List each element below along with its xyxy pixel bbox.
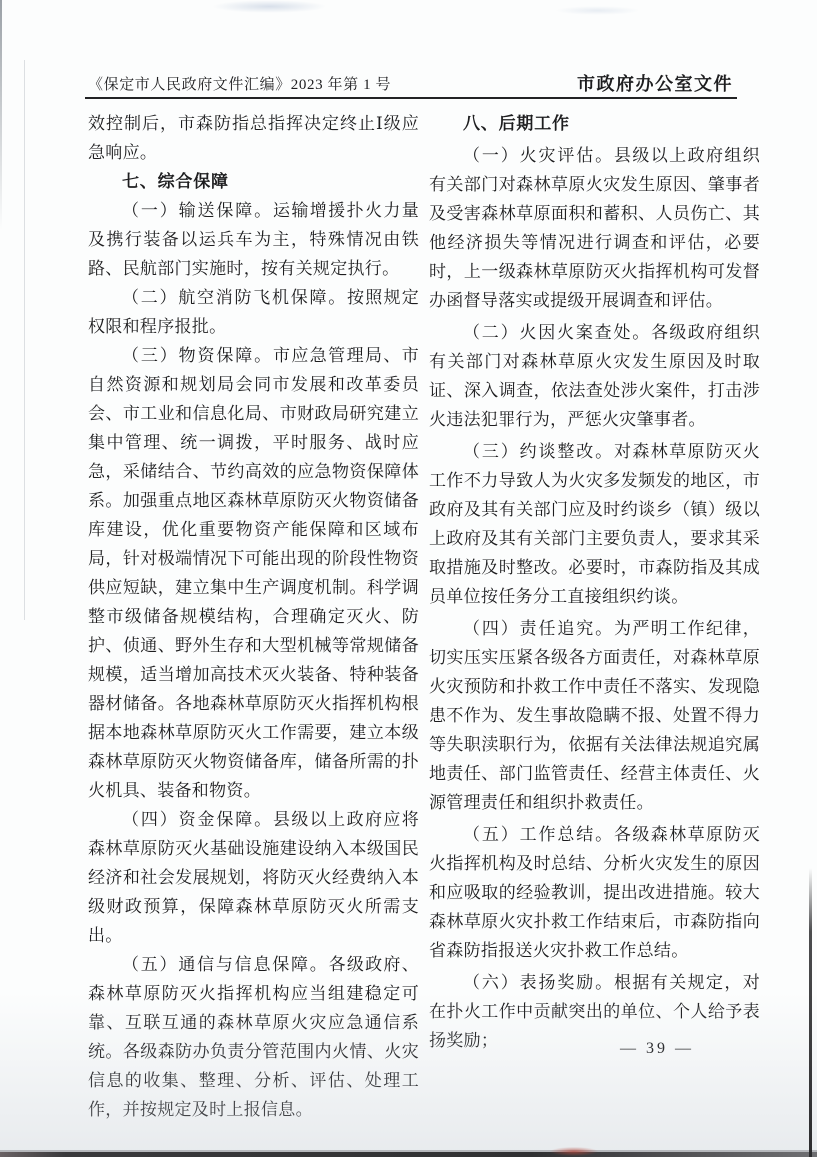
item-title: （一）输送保障。	[122, 201, 273, 220]
paragraph: （三）约谈整改。对森林草原防灭火工作不力导致人为火灾多发频发的地区，市政府及其有…	[429, 437, 760, 611]
header-left-title: 《保定市人民政府文件汇编》2023 年第 1 号	[88, 73, 391, 94]
item-title: （二）火因火案查处。	[463, 323, 651, 342]
scan-artifact-top-smudge	[555, 6, 640, 15]
page-number: — 39 —	[620, 1040, 694, 1058]
paragraph: （二）火因火案查处。各级政府组织有关部门对森林草原火灾发生原因及时取证、深入调查…	[429, 318, 760, 434]
item-title: （三）约谈整改。	[463, 442, 614, 461]
item-title: （五）通信与信息保障。	[122, 955, 329, 974]
item-title: （五）工作总结。	[463, 825, 614, 844]
scan-artifact-left-line	[24, 60, 25, 620]
scan-artifact-right-edge	[809, 868, 812, 1157]
item-title: （四）资金保障。	[122, 810, 273, 829]
item-title: （四）责任追究。	[463, 619, 614, 638]
header-right-title: 市政府办公室文件	[577, 70, 733, 96]
item-title: （六）表扬奖励。	[463, 973, 614, 992]
text-column-left: 效控制后，市森防指总指挥决定终止Ⅰ级应急响应。七、综合保障（一）输送保障。运输增…	[88, 109, 419, 1124]
scan-artifact-bottom-edge	[0, 1150, 817, 1152]
scan-artifact-bottom-edge	[0, 1152, 817, 1157]
paragraph: （一）火灾评估。县级以上政府组织有关部门对森林草原火灾发生原因、肇事者及受害森林…	[429, 141, 760, 315]
scan-artifact-red-mark	[550, 1147, 598, 1156]
paragraph: （一）输送保障。运输增援扑火力量及携行装备以运兵车为主，特殊情况由铁路、民航部门…	[88, 196, 419, 283]
paragraph: （二）航空消防飞机保障。按照规定权限和程序报批。	[88, 283, 419, 341]
scan-artifact-left-edge	[0, 0, 2, 230]
section-heading: 八、后期工作	[429, 109, 760, 138]
document-page: 《保定市人民政府文件汇编》2023 年第 1 号 市政府办公室文件 效控制后，市…	[0, 0, 817, 1157]
paragraph: 效控制后，市森防指总指挥决定终止Ⅰ级应急响应。	[88, 109, 419, 167]
item-title: （一）火灾评估。	[463, 146, 614, 165]
paragraph: （六）表扬奖励。根据有关规定，对在扑火工作中贡献突出的单位、个人给予表扬奖励；	[429, 968, 760, 1055]
scan-artifact-top-smudge	[212, 0, 327, 13]
text-column-right: 八、后期工作（一）火灾评估。县级以上政府组织有关部门对森林草原火灾发生原因、肇事…	[429, 109, 760, 1124]
paragraph: （三）物资保障。市应急管理局、市自然资源和规划局会同市发展和改革委员会、市工业和…	[88, 341, 419, 805]
document-body: 效控制后，市森防指总指挥决定终止Ⅰ级应急响应。七、综合保障（一）输送保障。运输增…	[88, 109, 760, 1124]
paragraph: （四）责任追究。为严明工作纪律，切实压实压紧各级各方面责任，对森林草原火灾预防和…	[429, 614, 760, 817]
paragraph: （五）工作总结。各级森林草原防灭火指挥机构及时总结、分析火灾发生的原因和应吸取的…	[429, 820, 760, 965]
item-title: （二）航空消防飞机保障。	[122, 288, 347, 307]
paragraph: （四）资金保障。县级以上政府应将森林草原防灭火基础设施建设纳入本级国民经济和社会…	[88, 805, 419, 950]
item-title: （三）物资保障。	[122, 346, 273, 365]
header-rule	[85, 97, 737, 99]
paragraph: （五）通信与信息保障。各级政府、森林草原防灭火指挥机构应当组建稳定可靠、互联互通…	[88, 950, 419, 1124]
section-heading: 七、综合保障	[88, 167, 419, 196]
